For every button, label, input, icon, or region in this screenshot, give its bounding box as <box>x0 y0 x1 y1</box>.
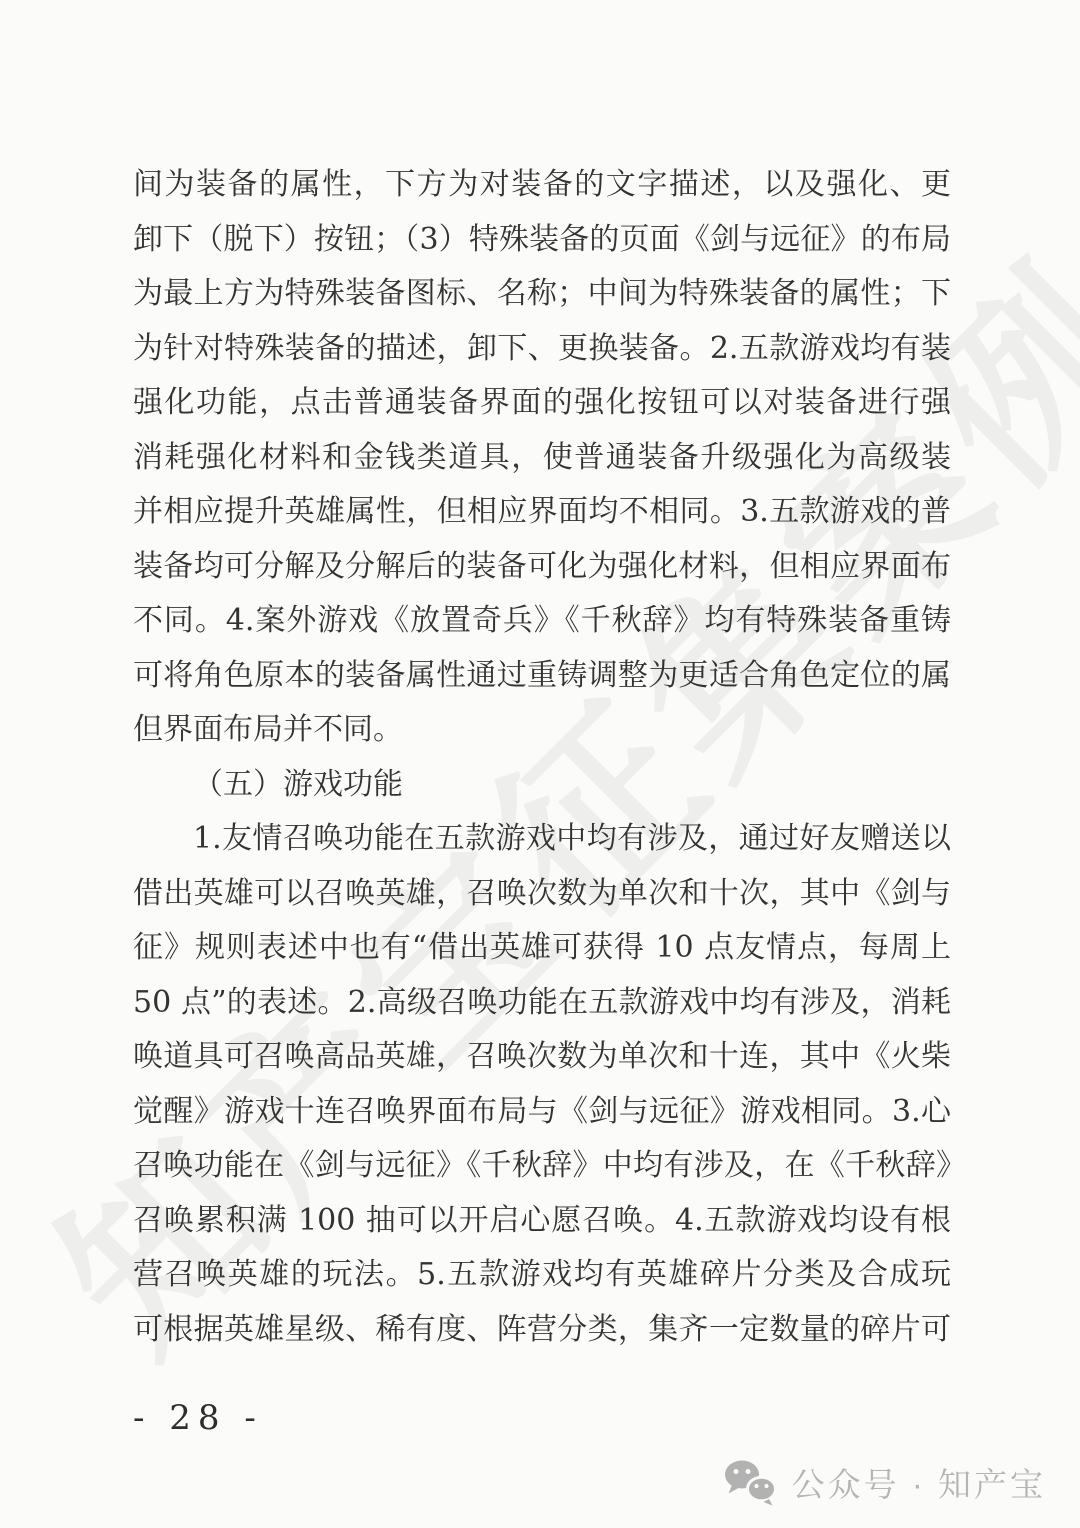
body-line: 营召唤英雄的玩法。5.五款游戏均有英雄碎片分类及合成玩法， <box>133 1248 951 1303</box>
body-line: 装备均可分解及分解后的装备可化为强化材料，但相应界面布局 <box>133 540 951 595</box>
document-body: 间为装备的属性，下方为对装备的文字描述，以及强化、更换、 卸下（脱下）按钮；（3… <box>133 158 951 1357</box>
official-account-label: 公众号 · 知产宝 <box>792 1459 1046 1506</box>
body-line: 不同。4.案外游戏《放置奇兵》《千秋辞》均有特殊装备重铸玩法， <box>133 594 951 649</box>
body-line: 强化功能，点击普通装备界面的强化按钮可以对装备进行强化； <box>133 376 951 431</box>
body-line: 可将角色原本的装备属性通过重铸调整为更适合角色定位的属性， <box>133 649 951 704</box>
body-line: 召唤功能在《剑与远征》《千秋辞》中均有涉及，在《千秋辞》中 <box>133 1139 951 1194</box>
body-line: 可根据英雄星级、稀有度、阵营分类，集齐一定数量的碎片可合 <box>133 1303 951 1358</box>
body-line: 但界面布局并不同。 <box>133 703 951 758</box>
body-line: 觉醒》游戏十连召唤界面布局与《剑与远征》游戏相同。3.心愿 <box>133 1085 951 1140</box>
wechat-icon <box>723 1458 779 1506</box>
body-line: 借出英雄可以召唤英雄，召唤次数为单次和十次，其中《剑与远 <box>133 867 951 922</box>
section-heading: （五）游戏功能 <box>133 758 951 813</box>
page-number: - 28 - <box>133 1398 263 1438</box>
body-line: 为针对特殊装备的描述，卸下、更换装备。2.五款游戏均有装备 <box>133 322 951 377</box>
body-line: 1.友情召唤功能在五款游戏中均有涉及，通过好友赠送以及 <box>133 812 951 867</box>
body-line: 卸下（脱下）按钮；（3）特殊装备的页面《剑与远征》的布局亦 <box>133 213 951 268</box>
body-line: 间为装备的属性，下方为对装备的文字描述，以及强化、更换、 <box>133 158 951 213</box>
body-line: 50 点”的表述。2.高级召唤功能在五款游戏中均有涉及，消耗召 <box>133 976 951 1031</box>
document-page: { "doc": { "lines": [ "间为装备的属性，下方为对装备的文字… <box>0 0 1080 1528</box>
body-line: 并相应提升英雄属性，但相应界面均不相同。3.五款游戏的普通 <box>133 485 951 540</box>
body-line: 消耗强化材料和金钱类道具，使普通装备升级强化为高级装备， <box>133 431 951 486</box>
body-line: 征》规则表述中也有“借出英雄可获得 10 点友情点，每周上限 <box>133 921 951 976</box>
body-line: 为最上方为特殊装备图标、名称；中间为特殊装备的属性；下方 <box>133 267 951 322</box>
body-line: 召唤累积满 100 抽可以开启心愿召唤。4.五款游戏均设有根据阵 <box>133 1194 951 1249</box>
body-line: 唤道具可召唤高品英雄，召唤次数为单次和十连，其中《火柴人 <box>133 1030 951 1085</box>
footer: 公众号 · 知产宝 <box>723 1458 1046 1506</box>
